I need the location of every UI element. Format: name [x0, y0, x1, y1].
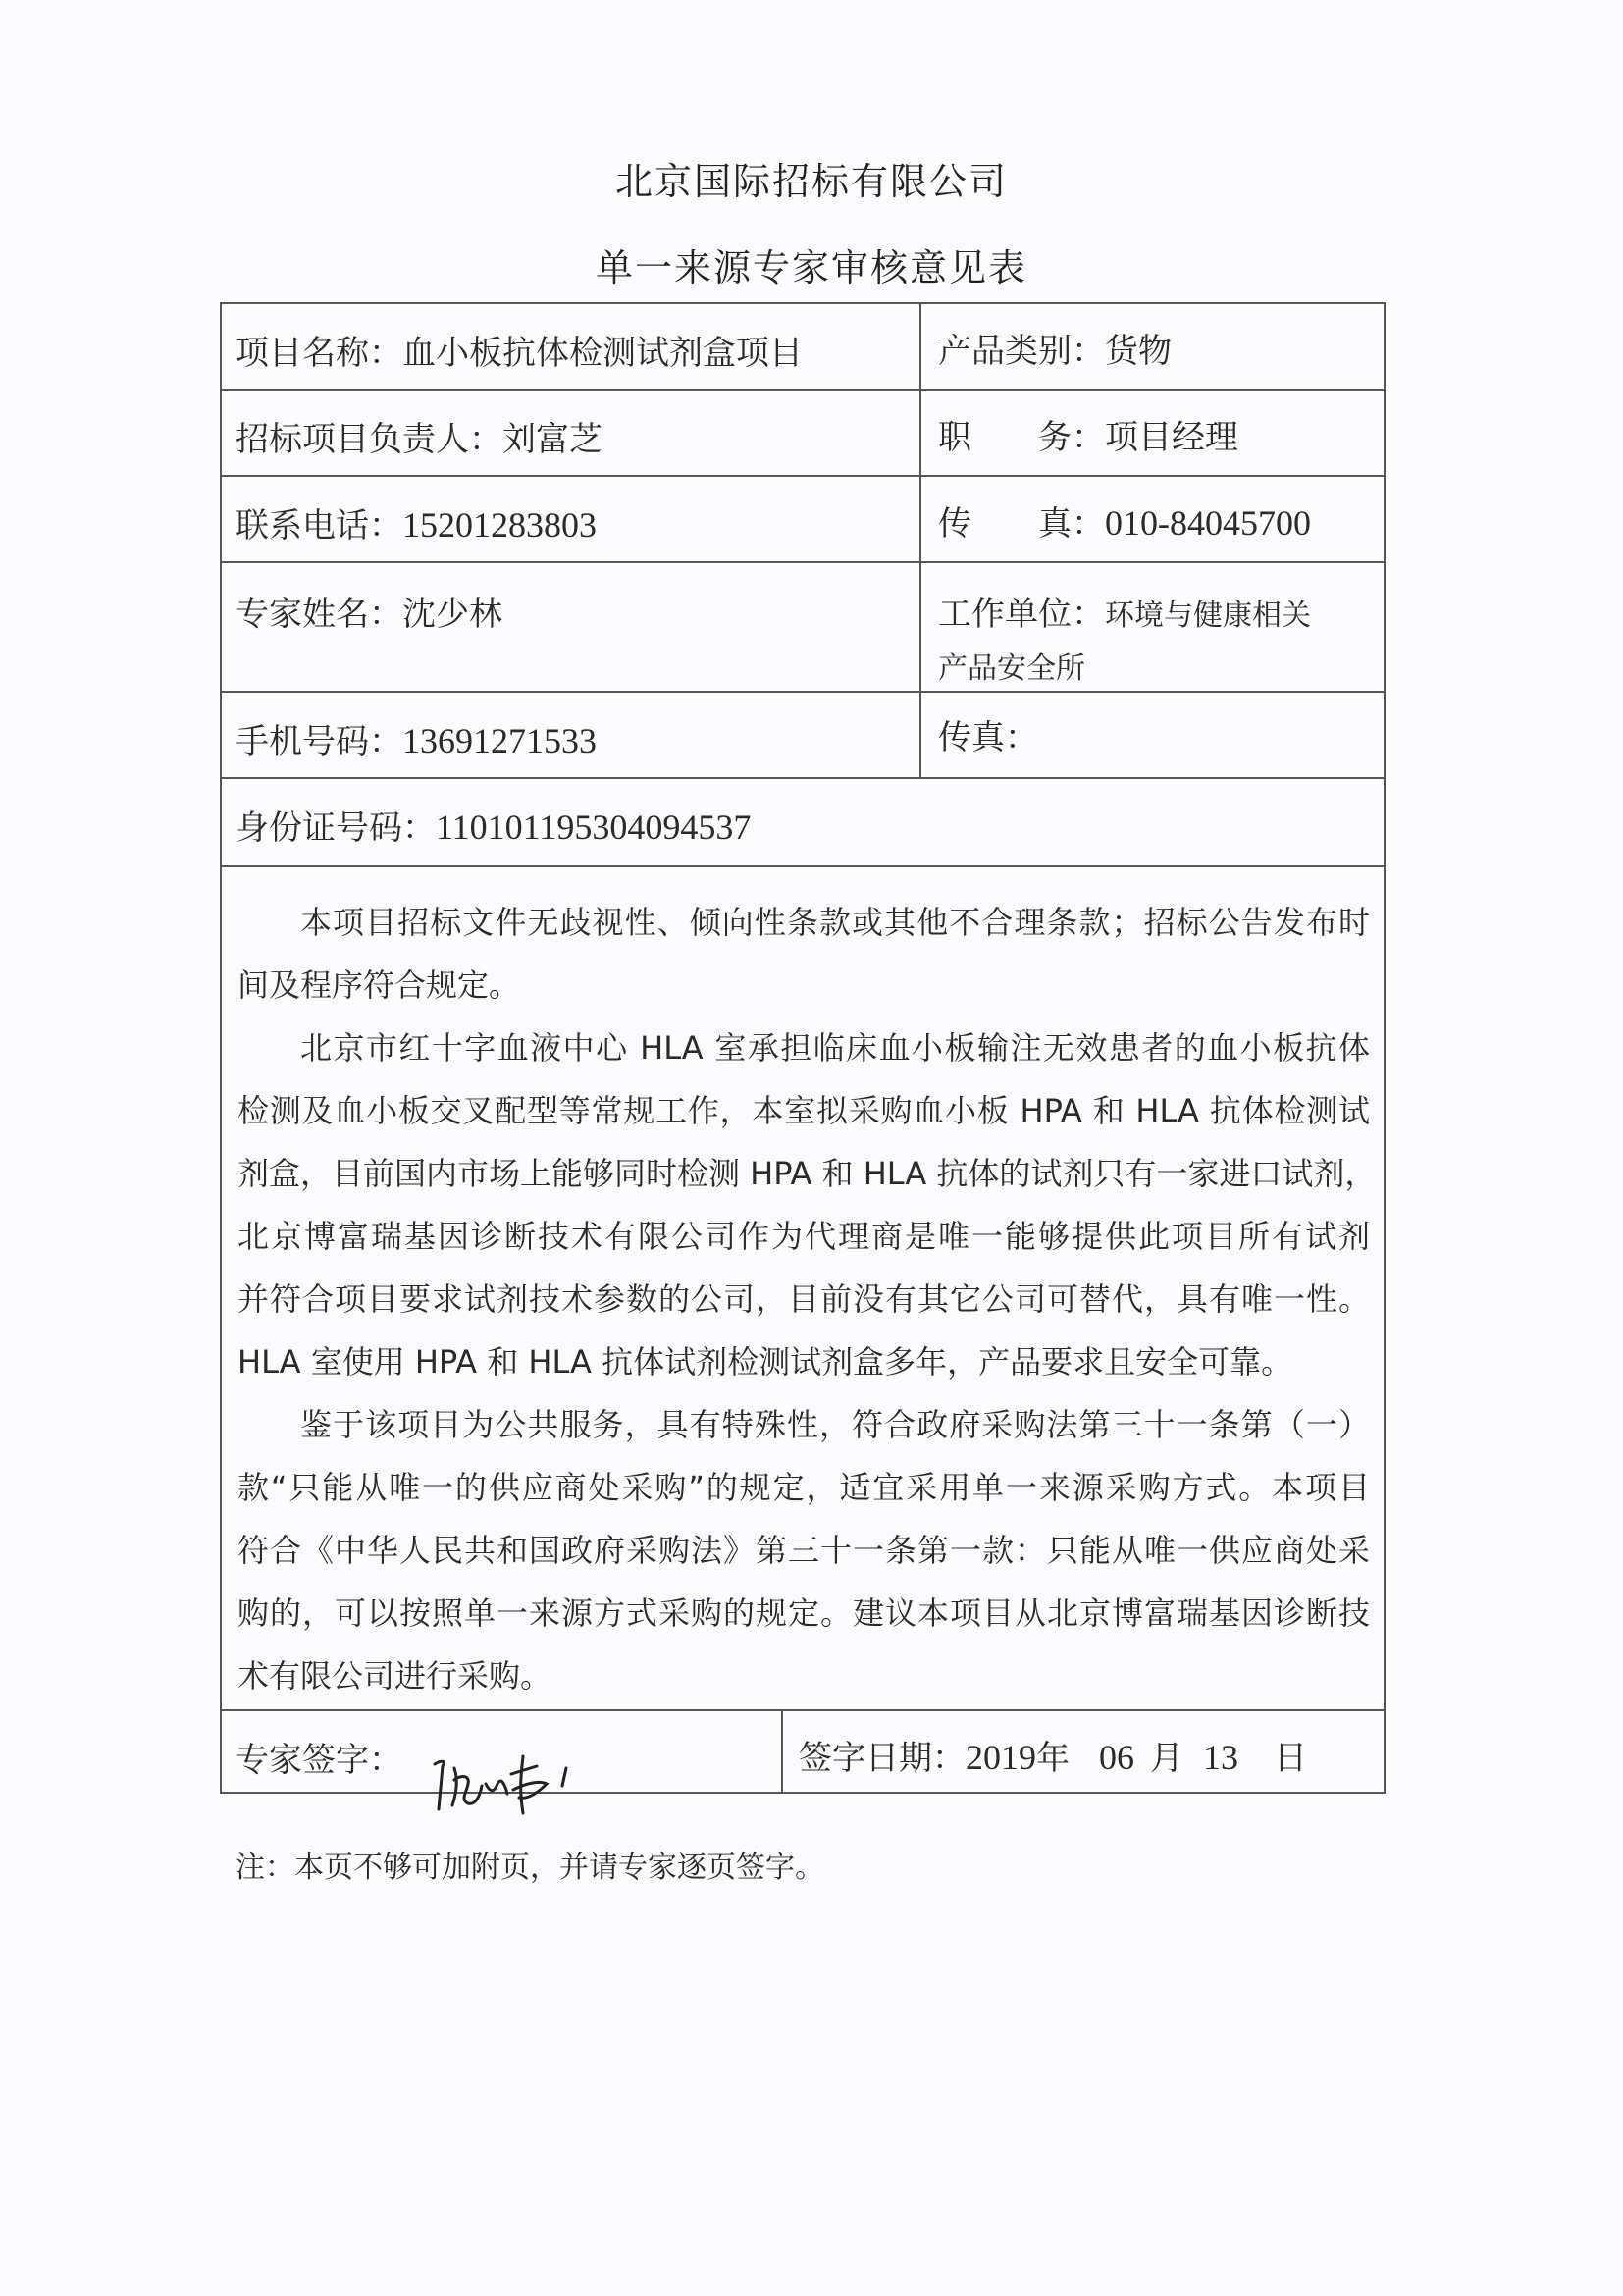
form-title: 单一来源专家审核意见表 [0, 237, 1623, 291]
fax-label: 传 真： [938, 504, 1105, 544]
expert-fax-field: 传真： [938, 710, 1038, 758]
column-divider [781, 1709, 783, 1794]
mobile-value: 13691271533 [402, 721, 597, 760]
signature-year-unit: 年 [1036, 1739, 1070, 1778]
opinion-line: 北京博富瑞基因诊断技术有限公司作为代理商是唯一能够提供此项目所有试剂 [237, 1205, 1370, 1268]
id-number-label: 身份证号码： [236, 809, 436, 848]
product-category-label: 产品类别： [938, 332, 1105, 371]
signature-year: 2019 [966, 1738, 1036, 1777]
opinion-line: 鉴于该项目为公共服务，具有特殊性，符合政府采购法第三十一条第（一） [237, 1393, 1370, 1456]
work-unit-field: 工作单位：环境与健康相关 [938, 587, 1311, 635]
signature-date-label: 签字日期： [799, 1739, 966, 1778]
contact-phone-field: 联系电话：15201283803 [236, 498, 597, 547]
expert-name-value: 沈少林 [402, 595, 502, 634]
project-name-label: 项目名称： [236, 334, 402, 373]
project-lead-value: 刘富芝 [502, 420, 602, 459]
project-lead-label: 招标项目负责人： [236, 420, 502, 459]
work-unit-label: 工作单位： [938, 595, 1105, 634]
row-divider [222, 777, 1384, 779]
company-name: 北京国际招标有限公司 [0, 151, 1623, 205]
row-divider [222, 865, 1384, 867]
opinion-line: 并符合项目要求试剂技术参数的公司，目前没有其它公司可替代，具有唯一性。 [237, 1268, 1370, 1331]
opinion-line: 款“只能从唯一的供应商处采购”的规定，适宜采用单一来源采购方式。本项目 [237, 1456, 1370, 1519]
contact-phone-value: 15201283803 [402, 505, 597, 545]
expert-signature-field: 专家签字： [236, 1733, 775, 1792]
opinion-line: 符合《中华人民共和国政府采购法》第三十一条第一款：只能从唯一供应商处采 [237, 1519, 1370, 1582]
opinion-line: 术有限公司进行采购。 [237, 1644, 1370, 1707]
position-value: 项目经理 [1105, 418, 1238, 457]
expert-fax-label: 传真： [938, 718, 1038, 757]
expert-opinion-text: 本项目招标文件无歧视性、倾向性条款或其他不合理条款；招标公告发布时 间及程序符合… [237, 891, 1370, 1707]
signature-day: 13 [1203, 1738, 1238, 1777]
project-name-field: 项目名称：血小板抗体检测试剂盒项目 [236, 326, 803, 374]
opinion-line: 本项目招标文件无歧视性、倾向性条款或其他不合理条款；招标公告发布时 [237, 891, 1370, 954]
footnote: 注：本页不够可加附页，并请专家逐页签字。 [236, 1843, 824, 1886]
opinion-line: 剂盒，目前国内市场上能够同时检测 HPA 和 HLA 抗体的试剂只有一家进口试剂… [237, 1142, 1370, 1205]
opinion-line: 检测及血小板交叉配型等常规工作，本室拟采购血小板 HPA 和 HLA 抗体检测试 [237, 1079, 1370, 1142]
expert-signature-label: 专家签字： [236, 1741, 402, 1780]
signature-date-field: 签字日期：2019年06月13日 [799, 1731, 1307, 1779]
opinion-line: 间及程序符合规定。 [237, 954, 1370, 1017]
id-number-field: 身份证号码：110101195304094537 [236, 801, 751, 849]
opinion-line: HLA 室使用 HPA 和 HLA 抗体试剂检测试剂盒多年，产品要求且安全可靠。 [237, 1331, 1370, 1393]
column-divider [919, 304, 921, 777]
row-divider [222, 389, 1384, 391]
expert-name-field: 专家姓名：沈少林 [236, 587, 502, 635]
project-name-value: 血小板抗体检测试剂盒项目 [402, 334, 803, 373]
signature-month-unit: 月 [1150, 1739, 1183, 1778]
product-category-field: 产品类别：货物 [938, 324, 1172, 372]
opinion-line: 北京市红十字血液中心 HLA 室承担临床血小板输注无效患者的血小板抗体 [237, 1017, 1370, 1079]
mobile-label: 手机号码： [236, 722, 402, 761]
row-divider [222, 691, 1384, 693]
mobile-field: 手机号码：13691271533 [236, 714, 597, 762]
work-unit-value-line2: 产品安全所 [938, 644, 1085, 687]
position-label: 职 务： [938, 418, 1105, 457]
fax-value: 010-84045700 [1105, 503, 1311, 543]
contact-phone-label: 联系电话： [236, 506, 402, 546]
signature-day-unit: 日 [1274, 1739, 1307, 1778]
fax-field: 传 真：010-84045700 [938, 496, 1311, 545]
product-category-value: 货物 [1105, 332, 1172, 371]
id-number-value: 110101195304094537 [436, 808, 751, 847]
project-lead-field: 招标项目负责人：刘富芝 [236, 412, 602, 460]
expert-name-label: 专家姓名： [236, 595, 402, 634]
handwritten-signature-icon [429, 1750, 596, 1819]
signature-month: 06 [1099, 1738, 1134, 1777]
opinion-line: 购的，可以按照单一来源方式采购的规定。建议本项目从北京博富瑞基因诊断技 [237, 1582, 1370, 1644]
row-divider [222, 475, 1384, 477]
review-form-table: 项目名称：血小板抗体检测试剂盒项目 产品类别：货物 招标项目负责人：刘富芝 职 … [220, 302, 1386, 1794]
row-divider [222, 561, 1384, 563]
position-field: 职 务：项目经理 [938, 410, 1238, 458]
work-unit-value-line1: 环境与健康相关 [1105, 599, 1311, 633]
row-divider [222, 1709, 1384, 1711]
